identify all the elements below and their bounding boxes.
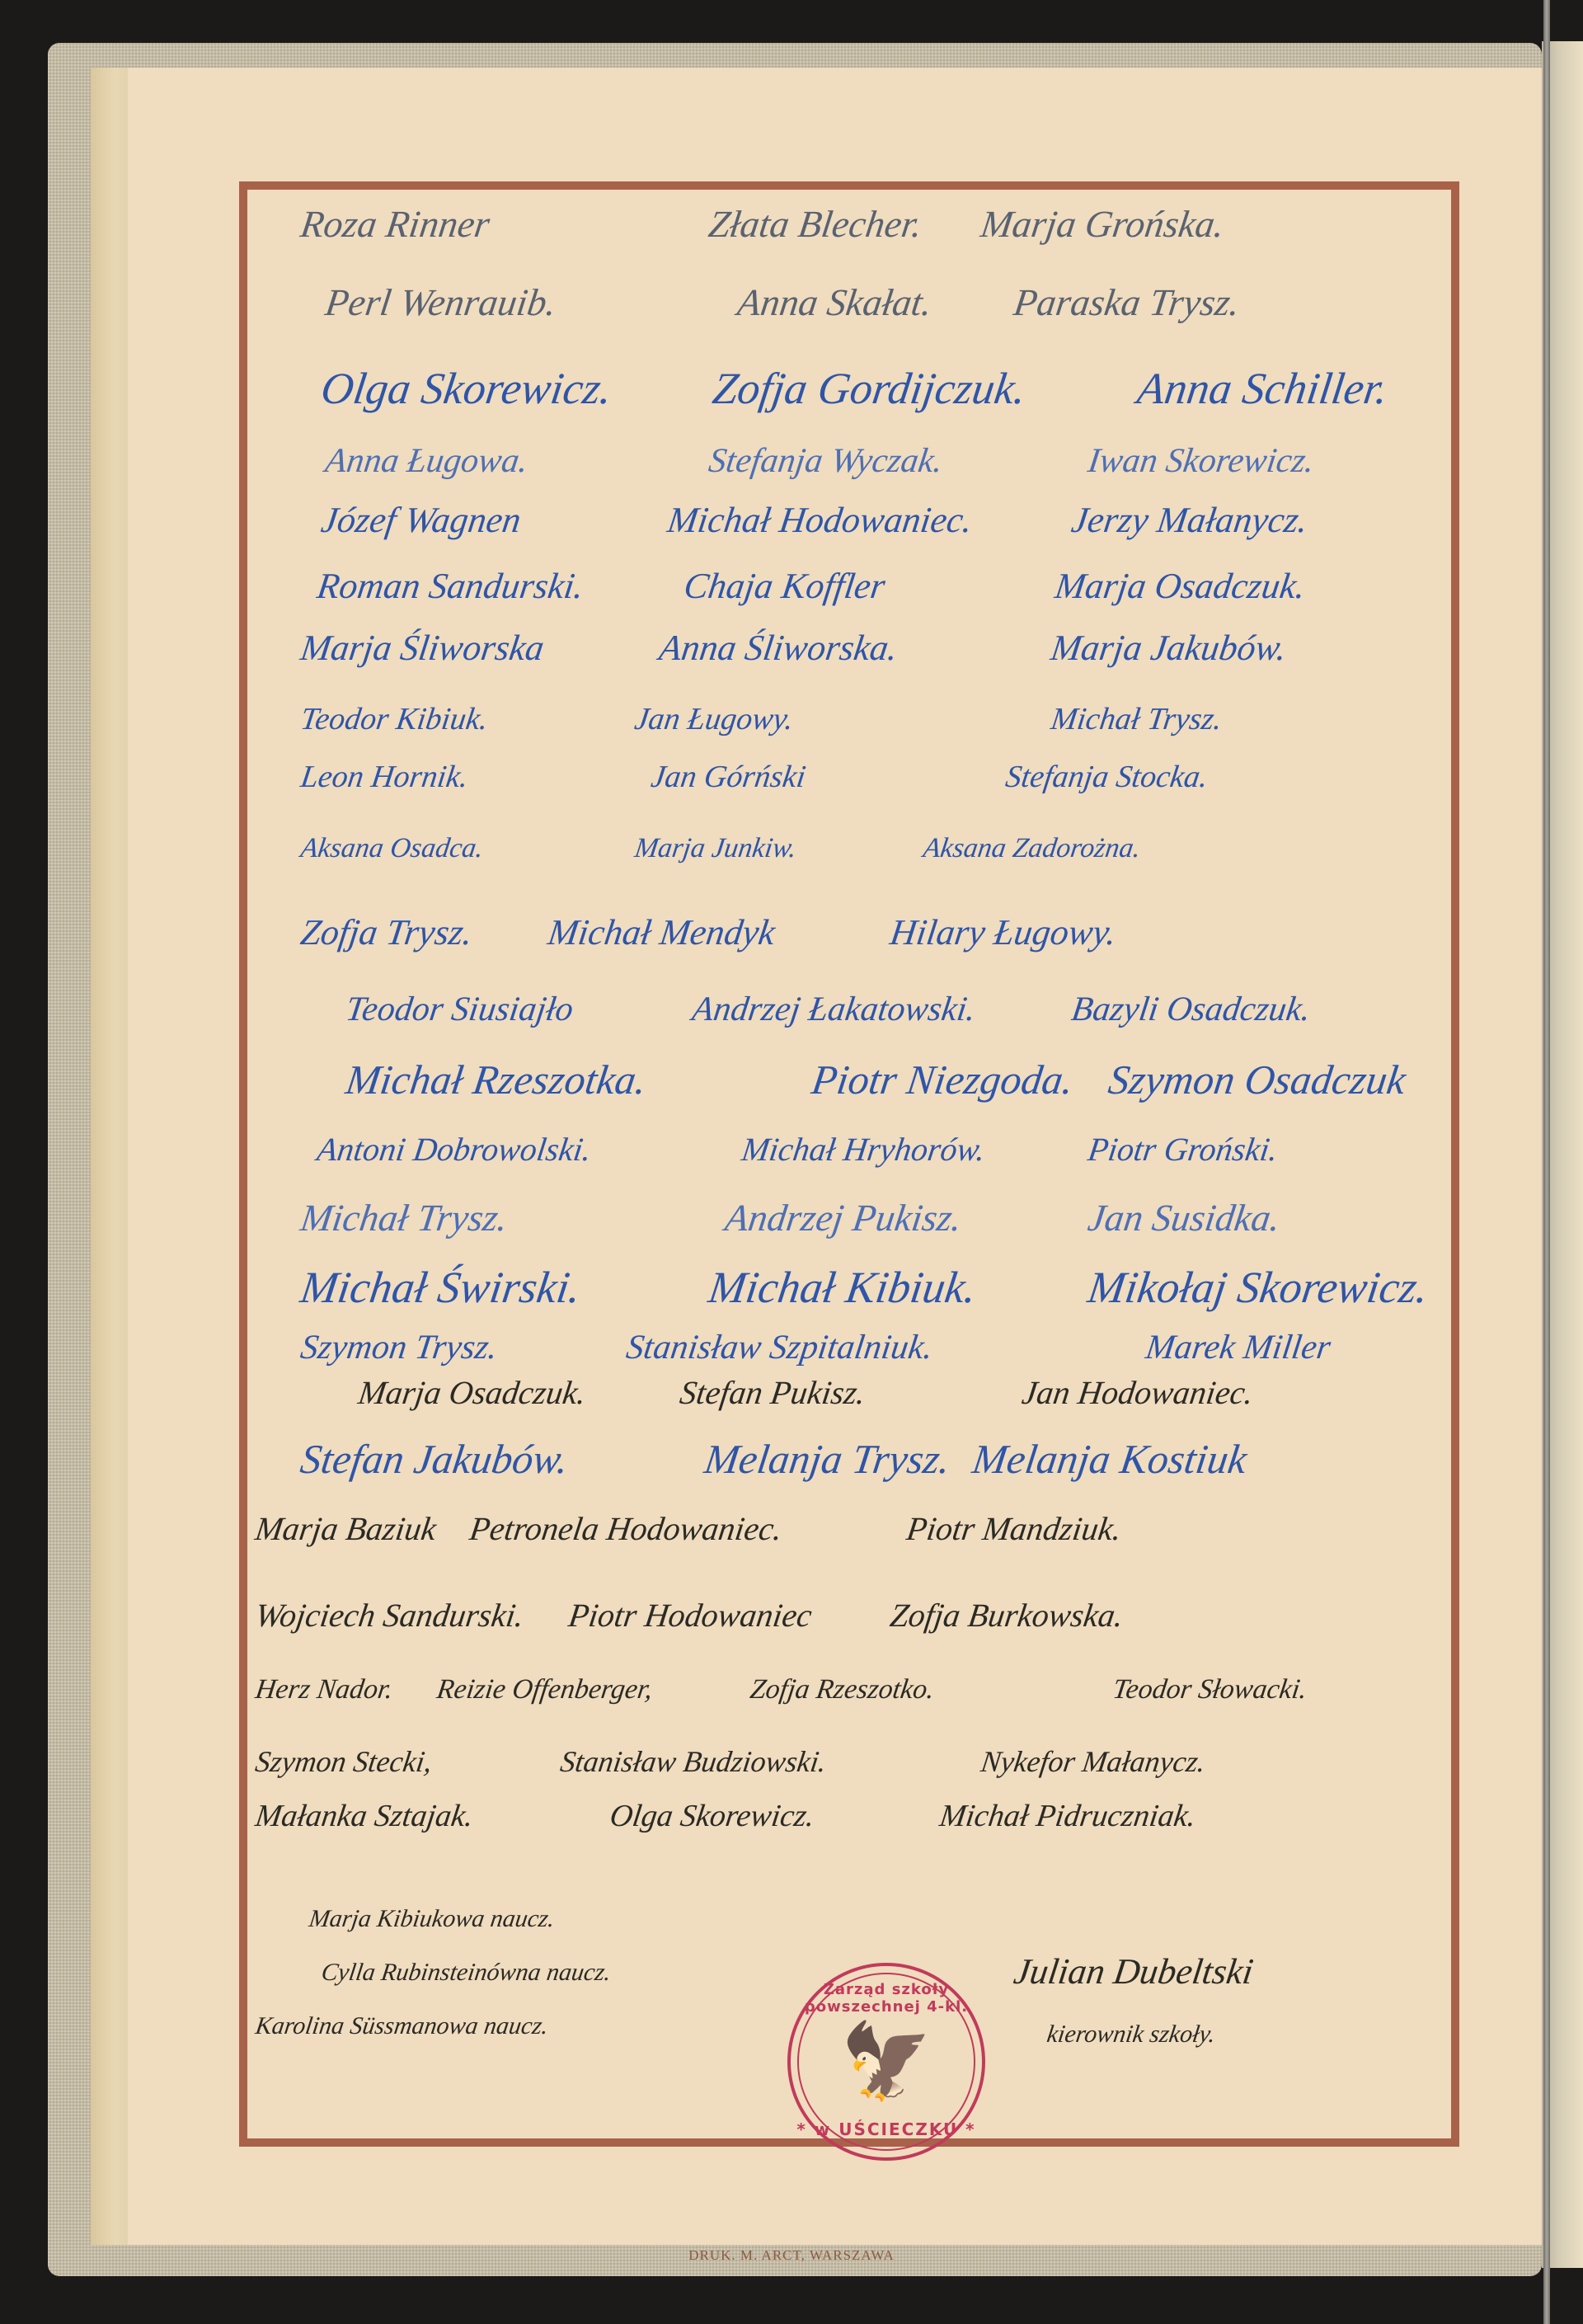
handwritten-name: Wojciech Sandurski. <box>253 1596 527 1635</box>
signature: Karolina Süssmanowa naucz. <box>254 2012 551 2040</box>
handwritten-name: Marek Miller <box>1144 1328 1333 1367</box>
handwritten-name: Szymon Trysz. <box>298 1328 500 1367</box>
handwritten-name: Marja Jakubów. <box>1048 627 1289 669</box>
handwritten-name: Stefan Jakubów. <box>298 1435 571 1483</box>
handwritten-name: Marja Osadczuk. <box>1052 565 1308 607</box>
handwritten-name: Anna Ługowa. <box>323 441 531 481</box>
handwritten-name: Anna Skałat. <box>735 280 935 324</box>
handwritten-name: Michał Hodowaniec. <box>665 499 975 541</box>
handwritten-name: Olga Skorewicz. <box>318 363 616 414</box>
handwritten-name: Anna Schiller. <box>1134 363 1392 414</box>
handwritten-name: Piotr Niezgoda. <box>809 1056 1077 1103</box>
handwritten-name: Małanka Sztajak. <box>253 1798 476 1834</box>
handwritten-name: Reizie Offenberger, <box>435 1674 655 1705</box>
handwritten-name: Herz Nador. <box>253 1674 395 1705</box>
handwritten-name: Aksana Osadca. <box>298 833 485 864</box>
handwritten-name: Michał Świrski. <box>298 1262 585 1313</box>
signature: Julian Dubeltski <box>1011 1950 1256 1992</box>
handwritten-name: Roza Rinner <box>298 202 492 246</box>
handwritten-name: Teodor Słowacki. <box>1111 1674 1308 1705</box>
handwritten-name: Piotr Mandziuk. <box>904 1509 1125 1548</box>
handwritten-name: Zofja Trysz. <box>298 911 475 953</box>
handwritten-name: Marja Baziuk <box>253 1509 439 1548</box>
handwritten-name: Andrzej Łakatowski. <box>690 990 979 1029</box>
handwritten-name: Michał Kibiuk. <box>706 1262 980 1313</box>
handwritten-name: Leon Hornik. <box>298 759 471 795</box>
handwritten-name: Marja Śliworska <box>298 627 547 669</box>
handwritten-name: Antoni Dobrowolski. <box>315 1130 594 1169</box>
handwritten-name: Szymon Stecki, <box>253 1744 435 1779</box>
handwritten-name: Złata Blecher. <box>706 202 925 246</box>
handwritten-name: Jan Ługowy. <box>632 701 796 737</box>
handwritten-name: Andrzej Pukisz. <box>722 1196 965 1240</box>
stamp-bottom-text: * w UŚCIECZKU * <box>791 2119 982 2139</box>
handwritten-name: Melanja Trysz. <box>702 1435 953 1483</box>
handwritten-name: Zofja Rzeszotko. <box>748 1674 936 1705</box>
page-edges <box>91 68 132 2245</box>
handwritten-name: Michał Hryhorów. <box>740 1130 988 1169</box>
handwritten-name: Jerzy Małanycz. <box>1069 499 1310 541</box>
signature: Cylla Rubinsteinówna naucz. <box>320 1959 613 1987</box>
handwritten-name: Michał Rzeszotka. <box>343 1056 650 1103</box>
handwritten-name: Jan Susidka. <box>1085 1196 1283 1240</box>
handwritten-name: Aksana Zadorożna. <box>921 833 1143 864</box>
handwritten-name: Stanisław Budziowski. <box>558 1744 829 1779</box>
handwritten-name: Stefanja Stocka. <box>1003 759 1210 795</box>
handwritten-name: Teodor Kibiuk. <box>298 701 491 737</box>
handwritten-name: Perl Wenrauib. <box>322 280 559 324</box>
handwritten-name: Chaja Koffler <box>681 565 887 607</box>
handwritten-name: Michał Trysz. <box>298 1196 510 1240</box>
handwritten-name: Stanisław Szpitalniuk. <box>624 1328 936 1367</box>
handwritten-name: Michał Pidruczniak. <box>937 1798 1198 1834</box>
printer-imprint: DRUK. M. ARCT, WARSZAWA <box>0 2247 1583 2264</box>
handwritten-name: Piotr Hodowaniec <box>566 1596 815 1635</box>
handwritten-name: Michał Trysz. <box>1049 701 1224 737</box>
handwritten-name: Hilary Ługowy. <box>887 911 1119 953</box>
handwritten-name: Olga Skorewicz. <box>608 1798 817 1834</box>
handwritten-name: Stefan Pukisz. <box>678 1373 868 1412</box>
handwritten-name: Jan Hodowaniec. <box>1020 1373 1257 1412</box>
handwritten-name: Iwan Skorewicz. <box>1086 441 1317 481</box>
school-stamp: Zarząd szkoły powszechnej 4-kl. 🦅 * w UŚ… <box>787 1963 985 2161</box>
handwritten-name: Mikołaj Skorewicz. <box>1085 1262 1432 1313</box>
handwritten-name: Marja Grońska. <box>978 202 1227 246</box>
handwritten-name: Nykefor Małanycz. <box>979 1744 1208 1779</box>
handwritten-name: Piotr Groński. <box>1086 1130 1280 1169</box>
signature: kierownik szkoły. <box>1045 2021 1218 2049</box>
handwritten-name: Szymon Osadczuk <box>1106 1056 1409 1103</box>
handwritten-name: Petronela Hodowaniec. <box>467 1509 785 1548</box>
stamp-top-text: Zarząd szkoły powszechnej 4-kl. <box>791 1981 982 2016</box>
handwritten-name: Roman Sandurski. <box>314 565 586 607</box>
handwritten-name: Zofja Burkowska. <box>888 1596 1126 1635</box>
handwritten-name: Anna Śliworska. <box>656 627 900 669</box>
handwritten-name: Melanja Kostiuk <box>970 1435 1250 1483</box>
handwritten-name: Jan Górński <box>649 759 808 795</box>
handwritten-name: Marja Junkiw. <box>632 833 798 864</box>
handwritten-name: Zofja Gordijczuk. <box>710 363 1030 414</box>
binding-gutter <box>1543 0 1550 2324</box>
handwritten-name: Marja Osadczuk. <box>356 1373 589 1412</box>
handwritten-name: Teodor Siusiajło <box>344 990 576 1029</box>
signature: Marja Kibiukowa naucz. <box>308 1905 557 1933</box>
handwritten-name: Bazyli Osadczuk. <box>1069 990 1313 1029</box>
handwritten-name: Paraska Trysz. <box>1011 280 1242 324</box>
handwritten-name: Stefanja Wyczak. <box>707 441 946 481</box>
eagle-emblem-icon: 🦅 <box>840 2025 932 2099</box>
handwritten-name: Józef Wagnen <box>318 499 524 541</box>
handwritten-name: Michał Mendyk <box>545 911 777 953</box>
